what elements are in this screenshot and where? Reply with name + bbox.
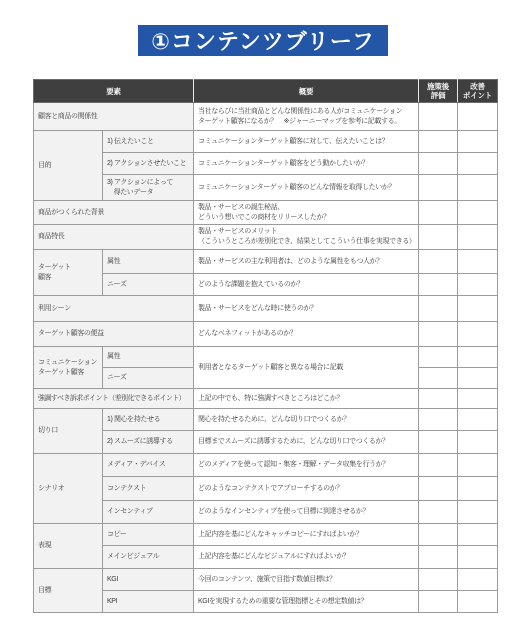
element-sub-cell: ニーズ (103, 368, 194, 389)
table-row: インセンティブ どのようなインセンティブを使って目標に到達させるか？ (34, 501, 498, 524)
improvement-cell (458, 347, 498, 368)
table-row: 表現 コピー 上記内容を基にどんなキャッチコピーにすればよいか？ (34, 524, 498, 546)
table-row: 2) スムーズに誘導する 目標までスムーズに誘導するために、どんな切り口でつくる… (34, 431, 498, 454)
improvement-cell (458, 501, 498, 524)
improvement-cell (458, 175, 498, 201)
post-eval-cell (419, 201, 458, 225)
table-row: 強調すべき訴求ポイント（差別化できるポイント） 上記の中でも、特に強調すべきとこ… (34, 389, 498, 409)
table-row: 商品がつくられた背景 製品・サービスの誕生秘話、 どういう想いでこの商材をリリー… (34, 201, 498, 225)
post-eval-cell (419, 103, 458, 131)
element-sub-cell: 1) 関心を持たせる (103, 409, 194, 431)
table-row: シナリオ メディア・デバイス どのメディアを使って認知・集客・理解・データ収集を… (34, 454, 498, 477)
improvement-cell (458, 431, 498, 454)
post-eval-cell (419, 296, 458, 322)
post-eval-cell (419, 368, 458, 389)
element-sub-cell: KPI (103, 591, 194, 613)
post-eval-cell (419, 322, 458, 347)
summary-cell: コミュニケーションターゲット顧客のどんな情報を取得したいか？ (194, 175, 419, 201)
element-sub-cell: 1) 伝えたいこと (103, 131, 194, 153)
page-title: ①コンテンツブリーフ (138, 25, 388, 56)
summary-cell: 利用者となるターゲット顧客と異なる場合に記載 (194, 347, 419, 389)
element-group-cell: シナリオ (34, 454, 103, 524)
post-eval-cell (419, 250, 458, 274)
improvement-cell (458, 546, 498, 569)
table-row: メインビジュアル 上記内容を基にどんなビジュアルにすればよいか？ (34, 546, 498, 569)
improvement-cell (458, 524, 498, 546)
post-eval-cell (419, 131, 458, 153)
table-header-row: 要素 概要 施策後 評価 改善 ポイント (34, 80, 498, 103)
element-sub-cell: コピー (103, 524, 194, 546)
summary-cell: どんなベネフィットがあるのか？ (194, 322, 419, 347)
post-eval-cell (419, 501, 458, 524)
improvement-cell (458, 103, 498, 131)
improvement-cell (458, 477, 498, 501)
table-row: 切り口 1) 関心を持たせる 関心を持たせるために、どんな切り口でつくるか？ (34, 409, 498, 431)
table-row: KPI KGIを実現するための重要な管理指標とその想定数値は？ (34, 591, 498, 613)
table-row: 利用シーン 製品・サービスをどんな時に使うのか？ (34, 296, 498, 322)
element-sub-cell: インセンティブ (103, 501, 194, 524)
summary-cell: 上記の中でも、特に強調すべきところはどこか？ (194, 389, 419, 409)
improvement-cell (458, 250, 498, 274)
page: ①コンテンツブリーフ 要素 概要 施策後 評価 改善 ポイント 顧客と商品の関係… (0, 0, 525, 622)
post-eval-cell (419, 175, 458, 201)
content-brief-table: 要素 概要 施策後 評価 改善 ポイント 顧客と商品の関係性 当社ならびに当社商… (33, 79, 498, 613)
post-eval-cell (419, 431, 458, 454)
element-group-cell: ターゲット 顧客 (34, 250, 103, 296)
element-sub-cell: KGI (103, 569, 194, 591)
improvement-cell (458, 322, 498, 347)
summary-cell: 目標までスムーズに誘導するために、どんな切り口でつくるか？ (194, 431, 419, 454)
summary-cell: 製品・サービスをどんな時に使うのか？ (194, 296, 419, 322)
post-eval-cell (419, 274, 458, 296)
summary-cell: どのようなインセンティブを使って目標に到達させるか？ (194, 501, 419, 524)
summary-cell: 上記内容を基にどんなキャッチコピーにすればよいか？ (194, 524, 419, 546)
improvement-cell (458, 274, 498, 296)
improvement-cell (458, 201, 498, 225)
summary-cell: どのような課題を抱えているのか？ (194, 274, 419, 296)
col-header-summary: 概要 (194, 80, 419, 103)
improvement-cell (458, 296, 498, 322)
table-row: 3) アクションによって 得たいデータ コミュニケーションターゲット顧客のどんな… (34, 175, 498, 201)
improvement-cell (458, 409, 498, 431)
improvement-cell (458, 225, 498, 250)
element-sub-cell: 属性 (103, 250, 194, 274)
table-row: ニーズ どのような課題を抱えているのか？ (34, 274, 498, 296)
improvement-cell (458, 153, 498, 175)
element-group-cell: 切り口 (34, 409, 103, 454)
post-eval-cell (419, 225, 458, 250)
table-row: コンテクスト どのようなコンテクストでアプローチするのか？ (34, 477, 498, 501)
table-row: ターゲット 顧客 属性 製品・サービスの主な利用者は、どのような属性をもつ人か？ (34, 250, 498, 274)
improvement-cell (458, 591, 498, 613)
col-header-improvement: 改善 ポイント (458, 80, 498, 103)
summary-cell: どのメディアを使って認知・集客・理解・データ収集を行うか？ (194, 454, 419, 477)
col-header-element: 要素 (34, 80, 194, 103)
element-cell: 強調すべき訴求ポイント（差別化できるポイント） (34, 389, 194, 409)
post-eval-cell (419, 477, 458, 501)
element-cell: 商品特長 (34, 225, 194, 250)
summary-cell: 関心を持たせるために、どんな切り口でつくるか？ (194, 409, 419, 431)
table-row: 目的 1) 伝えたいこと コミュニケーションターゲット顧客に対して、伝えたいこと… (34, 131, 498, 153)
element-group-cell: 表現 (34, 524, 103, 569)
summary-cell: コミュニケーションターゲット顧客をどう動かしたいか？ (194, 153, 419, 175)
col-header-post-eval: 施策後 評価 (419, 80, 458, 103)
element-cell: 商品がつくられた背景 (34, 201, 194, 225)
summary-cell: どのようなコンテクストでアプローチするのか？ (194, 477, 419, 501)
summary-cell: KGIを実現するための重要な管理指標とその想定数値は？ (194, 591, 419, 613)
element-cell: ターゲット顧客の便益 (34, 322, 194, 347)
improvement-cell (458, 368, 498, 389)
element-cell: 顧客と商品の関係性 (34, 103, 194, 131)
element-cell: 利用シーン (34, 296, 194, 322)
post-eval-cell (419, 153, 458, 175)
element-group-cell: 目標 (34, 569, 103, 613)
element-sub-cell: ニーズ (103, 274, 194, 296)
element-group-cell: 目的 (34, 131, 103, 201)
post-eval-cell (419, 409, 458, 431)
improvement-cell (458, 454, 498, 477)
element-sub-cell: メインビジュアル (103, 546, 194, 569)
element-sub-cell: 2) アクションさせたいこと (103, 153, 194, 175)
element-group-cell: コミュニケーション ターゲット顧客 (34, 347, 103, 389)
table-row: 目標 KGI 今回のコンテンツ、施策で目指す数値目標は？ (34, 569, 498, 591)
element-sub-cell: 2) スムーズに誘導する (103, 431, 194, 454)
summary-cell: 当社ならびに当社商品とどんな関係性にある人がコミュニケーション ターゲット顧客に… (194, 103, 419, 131)
summary-cell: コミュニケーションターゲット顧客に対して、伝えたいことは？ (194, 131, 419, 153)
post-eval-cell (419, 569, 458, 591)
summary-cell: 上記内容を基にどんなビジュアルにすればよいか？ (194, 546, 419, 569)
post-eval-cell (419, 546, 458, 569)
table-row: 2) アクションさせたいこと コミュニケーションターゲット顧客をどう動かしたいか… (34, 153, 498, 175)
table-row: 顧客と商品の関係性 当社ならびに当社商品とどんな関係性にある人がコミュニケーショ… (34, 103, 498, 131)
post-eval-cell (419, 454, 458, 477)
post-eval-cell (419, 591, 458, 613)
element-sub-cell: コンテクスト (103, 477, 194, 501)
table-row: ターゲット顧客の便益 どんなベネフィットがあるのか？ (34, 322, 498, 347)
improvement-cell (458, 389, 498, 409)
summary-cell: 製品・サービスの誕生秘話、 どういう想いでこの商材をリリースしたか？ (194, 201, 419, 225)
post-eval-cell (419, 524, 458, 546)
improvement-cell (458, 569, 498, 591)
post-eval-cell (419, 347, 458, 368)
table-row: 商品特長 製品・サービスのメリット （こういうところが差別化でき、結果としてこう… (34, 225, 498, 250)
summary-cell: 今回のコンテンツ、施策で目指す数値目標は？ (194, 569, 419, 591)
element-sub-cell: 3) アクションによって 得たいデータ (103, 175, 194, 201)
summary-cell: 製品・サービスのメリット （こういうところが差別化でき、結果としてこういう仕事を… (194, 225, 419, 250)
element-sub-cell: 属性 (103, 347, 194, 368)
post-eval-cell (419, 389, 458, 409)
table-row: コミュニケーション ターゲット顧客 属性 利用者となるターゲット顧客と異なる場合… (34, 347, 498, 368)
element-sub-cell: メディア・デバイス (103, 454, 194, 477)
improvement-cell (458, 131, 498, 153)
summary-cell: 製品・サービスの主な利用者は、どのような属性をもつ人か？ (194, 250, 419, 274)
